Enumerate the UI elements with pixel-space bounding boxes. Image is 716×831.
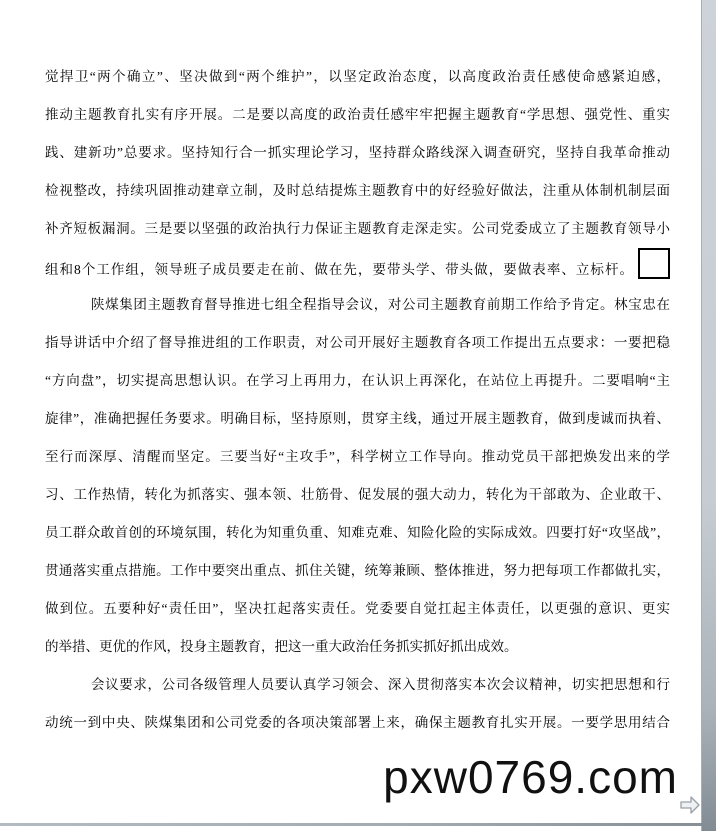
text-line: 贯通落实重点措施。工作中要突出重点、抓住关键，统筹兼顾、整体推进，努力把每项工作… bbox=[45, 552, 670, 590]
right-arrow-icon bbox=[679, 803, 701, 818]
text-line: 习、工作热情，转化为抓落实、强本领、壮筋骨、促发展的强大动力，转化为干部敢为、企… bbox=[45, 476, 670, 514]
text-line: 陕煤集团主题教育督导推进七组全程指导会议，对公司主题教育前期工作给予肯定。林宝忠… bbox=[45, 286, 670, 324]
text-line: 补齐短板漏洞。三是要以坚强的政治执行力保证主题教育走深走实。公司党委成立了主题教… bbox=[45, 210, 670, 248]
text-line: 检视整改，持续巩固推动建章立制，及时总结提炼主题教育中的好经验好做法，注重从体制… bbox=[45, 172, 670, 210]
text-line: 推动主题教育扎实有序开展。二是要以高度的政治责任感牢牢把握主题教育“学思想、强党… bbox=[45, 96, 670, 134]
page-bottom-edge bbox=[0, 823, 702, 826]
text-line: 觉捍卫“两个确立”、坚决做到“两个维护”，以坚定政治态度，以高度政治责任感使命感… bbox=[45, 58, 670, 96]
next-page-arrow-button[interactable] bbox=[678, 795, 702, 817]
scrollbar-track[interactable] bbox=[701, 0, 716, 831]
text-line: 员工群众敢首创的环境氛围，转化为知重负重、知难克难、知险化险的实际成效。四要打好… bbox=[45, 514, 670, 552]
text-line: 践、建新功”总要求。坚持知行合一抓实理论学习，坚持群众路线深入调查研究，坚持自我… bbox=[45, 134, 670, 172]
text-line: 做到位。五要种好“责任田”，坚决扛起落实责任。党委要自觉扛起主体责任，以更强的意… bbox=[45, 590, 670, 628]
text-line: 指导讲话中介绍了督导推进组的工作职责，对公司开展好主题教育各项工作提出五点要求：… bbox=[45, 324, 670, 362]
document-text-block: 觉捍卫“两个确立”、坚决做到“两个维护”，以坚定政治态度，以高度政治责任感使命感… bbox=[45, 58, 670, 742]
text-line: 会议要求，公司各级管理人员要认真学习领会、深入贯彻落实本次会议精神，切实把思想和… bbox=[45, 666, 670, 704]
text-line: “方向盘”，切实提高思想认识。在学习上再用力，在认识上再深化，在站位上再提升。二… bbox=[45, 362, 670, 400]
text-line: 的举措、更优的作风，投身主题教育，把这一重大政治任务抓实抓好抓出成效。 bbox=[45, 628, 670, 666]
text-line: 组和8个工作组，领导班子成员要走在前、做在先，要带头学、带头做，要做表率、立标杆… bbox=[45, 248, 670, 286]
text-line: 旋律”，准确把握任务要求。明确目标，坚持原则，贯穿主线，通过开展主题教育，做到虔… bbox=[45, 400, 670, 438]
watermark-text: pxw0769.com bbox=[383, 750, 678, 804]
text-line: 动统一到中央、陕煤集团和公司党委的各项决策部署上来，确保主题教育扎实开展。一要学… bbox=[45, 704, 670, 742]
text-line: 至行而深厚、清醒而坚定。三要当好“主攻手”，科学树立工作导向。推动党员干部把焕发… bbox=[45, 438, 670, 476]
empty-placeholder-box bbox=[638, 248, 670, 279]
